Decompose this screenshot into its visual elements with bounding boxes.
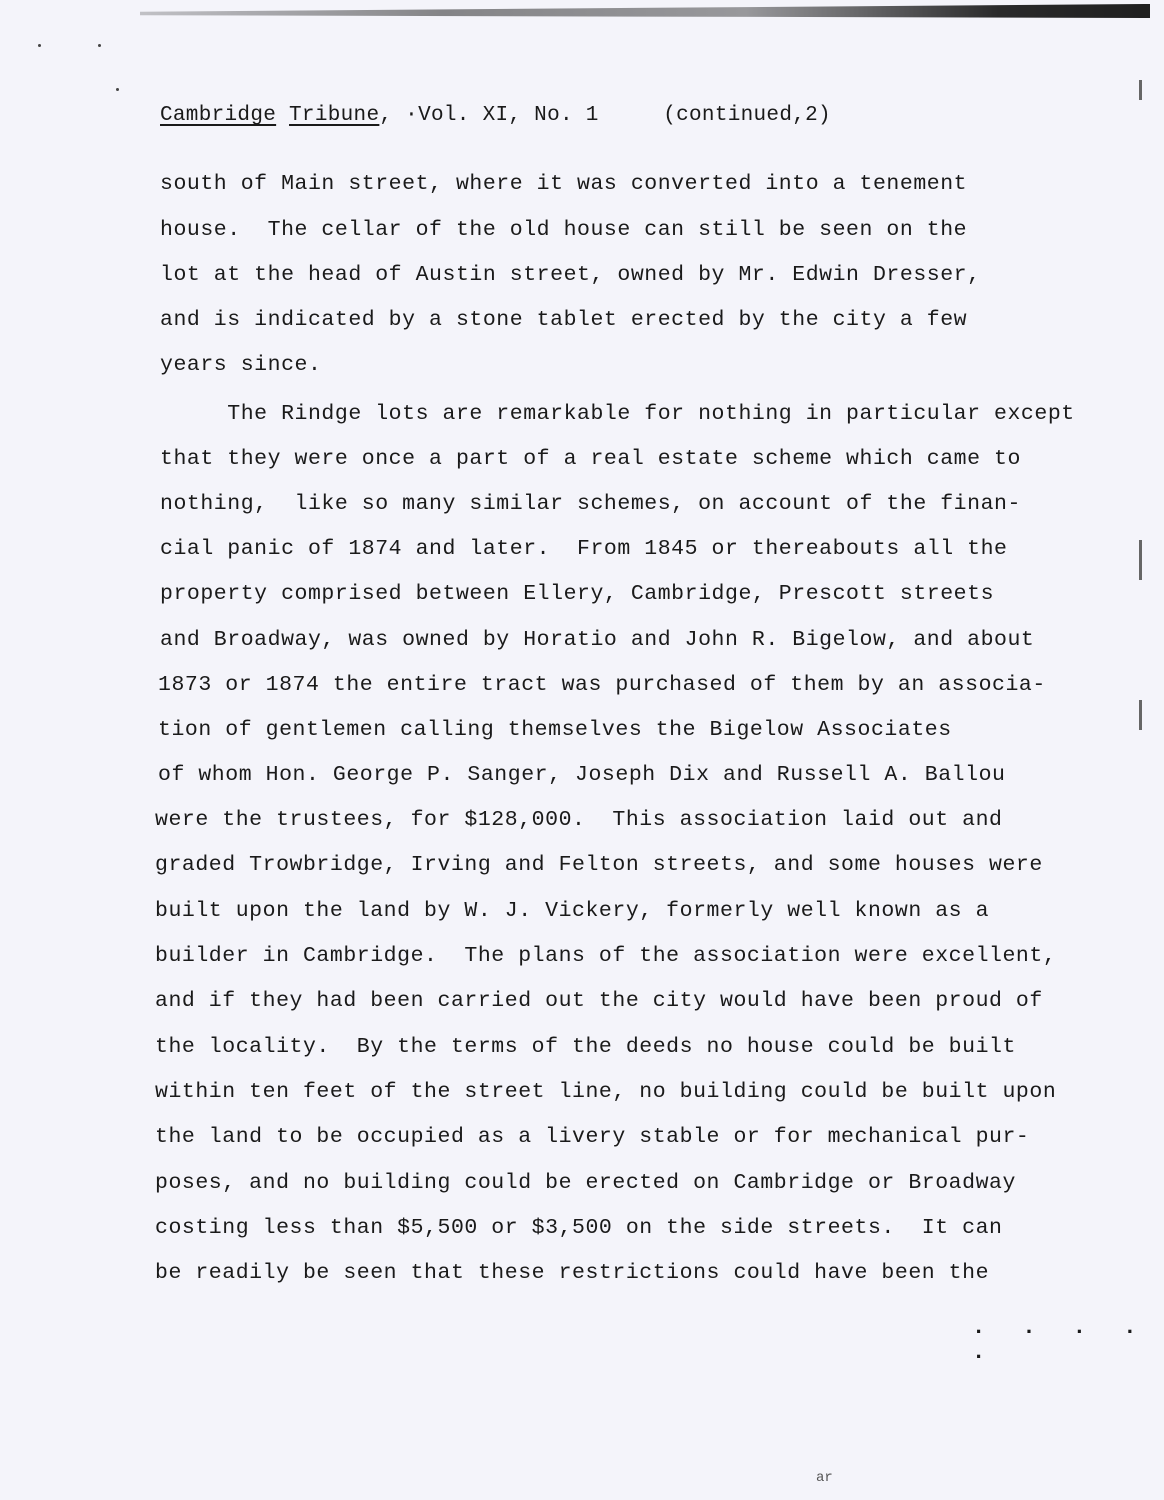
text-line: years since. — [160, 353, 321, 377]
scan-speck — [116, 88, 119, 91]
text-line: property comprised between Ellery, Cambr… — [160, 582, 994, 606]
text-line: and Broadway, was owned by Horatio and J… — [160, 628, 1034, 652]
text-line: built upon the land by W. J. Vickery, fo… — [155, 899, 989, 923]
text-line: poses, and no building could be erected … — [155, 1171, 1016, 1195]
scan-edge-mark — [1139, 540, 1142, 580]
scan-edge-artifact — [140, 4, 1150, 18]
text-line: lot at the head of Austin street, owned … — [160, 263, 981, 287]
text-line: 1873 or 1874 the entire tract was purcha… — [158, 673, 1046, 697]
scan-edge-mark — [1139, 80, 1142, 100]
scan-speck — [38, 44, 41, 47]
text-line: that they were once a part of a real est… — [160, 447, 1021, 471]
publication-name-2: Tribune — [289, 104, 379, 127]
scan-speck — [98, 44, 101, 47]
page-header: Cambridge Tribune, ·Vol. XI, No. 1 (cont… — [160, 104, 831, 127]
text-line: were the trustees, for $128,000. This as… — [155, 808, 1002, 832]
scan-edge-mark — [1139, 700, 1142, 730]
text-line: south of Main street, where it was conve… — [160, 172, 967, 196]
text-line: of whom Hon. George P. Sanger, Joseph Di… — [158, 763, 1005, 787]
text-line: graded Trowbridge, Irving and Felton str… — [155, 853, 1043, 877]
text-line: house. The cellar of the old house can s… — [160, 218, 967, 242]
text-line: and if they had been carried out the cit… — [155, 989, 1043, 1013]
text-line: and is indicated by a stone tablet erect… — [160, 308, 967, 332]
text-line: The Rindge lots are remarkable for nothi… — [160, 402, 1075, 426]
text-line: within ten feet of the street line, no b… — [155, 1080, 1056, 1104]
text-line: the land to be occupied as a livery stab… — [155, 1125, 1029, 1149]
text-line: nothing, like so many similar schemes, o… — [160, 492, 1021, 516]
text-line: tion of gentlemen calling themselves the… — [158, 718, 952, 742]
text-line: cial panic of 1874 and later. From 1845 … — [160, 537, 1007, 561]
text-line: be readily be seen that these restrictio… — [155, 1261, 989, 1285]
text-line: the locality. By the terms of the deeds … — [155, 1035, 1016, 1059]
continued-label: (continued,2) — [663, 104, 831, 127]
publication-name: Cambridge — [160, 104, 276, 127]
issue-info: , ·Vol. XI, No. 1 — [379, 104, 598, 127]
continuation-mark: . . . . . — [972, 1315, 1164, 1365]
typist-initials: ar — [816, 1470, 833, 1486]
text-line: builder in Cambridge. The plans of the a… — [155, 944, 1056, 968]
text-line: costing less than $5,500 or $3,500 on th… — [155, 1216, 1002, 1240]
